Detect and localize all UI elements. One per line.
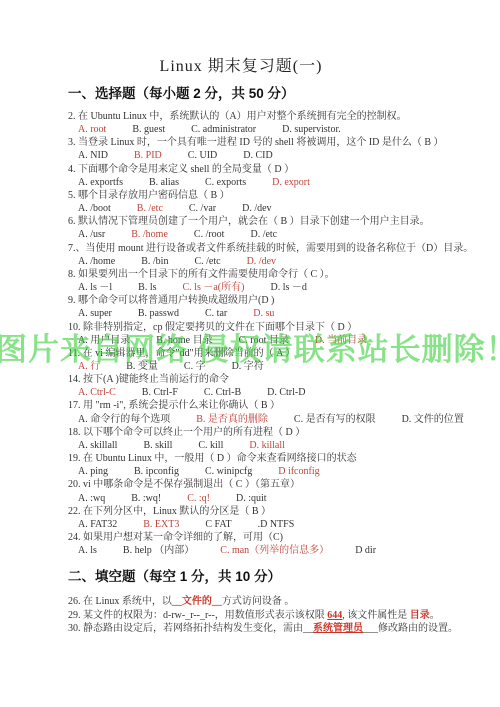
option: C. 字 [184, 360, 206, 373]
fill-item: 29. 某文件的权限为：d-rw-_r--_r--，用数值形式表示该权限 644… [68, 609, 482, 622]
option: B. ipconfig [134, 465, 179, 478]
option: C. Ctrl-B [204, 386, 241, 399]
choice-question-list: 2. 在 Ubuntu Linux 中，系统默认的（A）用户对整个系统拥有完全的… [68, 110, 482, 557]
option: B. alias [149, 176, 179, 189]
fill-text: __ [303, 623, 313, 634]
option: B. passwd [138, 307, 179, 320]
question-stem: 9. 哪个命令可以将普通用户转换成超级用户(D ) [68, 294, 482, 307]
option-row: A. 行B. 变量C. 字D. 字符 [68, 360, 482, 373]
option: A. super [78, 307, 112, 320]
option: A. ping [78, 465, 108, 478]
option-row: A. rootB. guestC. administratorD. superv… [68, 123, 482, 136]
option-row: A. /bootB. /etcC. /varD. /dev [68, 202, 482, 215]
section2-heading: 二、填空题（每空 1 分，共 10 分） [68, 567, 482, 586]
fill-text: 29. 某文件的权限为：d-rw-_r--_r--，用数值形式表示该权限 [68, 610, 327, 621]
option: C. /var [189, 202, 216, 215]
option-row: A. FAT32B. EXT3C FAT.D NTFS [68, 518, 482, 531]
option: C. UID [188, 149, 217, 162]
question-stem: 8. 如果要列出一个目录下的所有文件需要使用命令行（ C ）。 [68, 268, 482, 281]
option-row: A. superB. passwdC. tarD. su [68, 307, 482, 320]
option-row: A. :wqB. :wq!C. :q!D. :quit [68, 492, 482, 505]
option: B. Ctrl-F [142, 386, 178, 399]
document-page: Linux 期末复习题(一) 一、选择题（每小题 2 分，共 50 分） 2. … [0, 0, 500, 707]
option: C. /etc [194, 255, 220, 268]
option-row: A. /usrB. /homeC. /rootD. /etc [68, 228, 482, 241]
option: A. NID [78, 149, 108, 162]
option: D. Ctrl-D [267, 386, 305, 399]
option: B. EXT3 [143, 518, 179, 531]
page-title: Linux 期末复习题(一) [34, 56, 448, 78]
option: D. 文件的位置 [402, 413, 464, 426]
option: C. /root [194, 228, 225, 241]
option-row: A. /homeB. /binC. /etcD. /dev [68, 255, 482, 268]
option: B. PID [134, 149, 162, 162]
question-stem: 19. 在 Ubuntu Linux 中，一般用（ D ）命令来查看网络接口的状… [68, 452, 482, 465]
fill-question-list: 26. 在 Linux 系统中，以__文件的__方式访问设备 。29. 某文件的… [68, 595, 482, 635]
option: C. administrator [191, 123, 256, 136]
fill-answer: 644 [327, 610, 342, 621]
option: D. CID [243, 149, 272, 162]
option: A. ls －l [78, 281, 112, 294]
question-stem: 22. 在下列分区中，Linux 默认的分区是（ B ） [68, 505, 482, 518]
option: A. /usr [78, 228, 105, 241]
option: B. /bin [141, 255, 168, 268]
fill-text: 修改路由的设置。 [378, 623, 458, 634]
fill-text: 30. 静态路由设定后，若网络拓扑结构发生变化，需由 [68, 623, 303, 634]
option-row: A. lsB. help （内部）C. man（列举的信息多）D dir [68, 544, 482, 557]
option: B. 变量 [126, 360, 158, 373]
option: B. /home [131, 228, 168, 241]
option: A. ls [78, 544, 97, 557]
option-row: A. 命令行的每个选项B. 是否真的删除C. 是否有写的权限D. 文件的位置 [68, 413, 482, 426]
question-stem: 3. 当登录 Linux 时，一个具有唯一进程 ID 号的 shell 将被调用… [68, 136, 482, 149]
option: D. /etc [250, 228, 277, 241]
question-stem: 18. 以下哪个命令可以终止一个用户的所有进程（ D ） [68, 426, 482, 439]
option: A. FAT32 [78, 518, 117, 531]
option: B. ls [138, 281, 156, 294]
option: D dir [355, 544, 376, 557]
option: C. kill [198, 439, 223, 452]
option: C. winipcfg [205, 465, 252, 478]
section1-heading: 一、选择题（每小题 2 分，共 50 分） [68, 84, 482, 103]
option: D. :quit [236, 492, 267, 505]
option: C. tar [205, 307, 227, 320]
fill-text: 方式访问设备 。 [222, 596, 295, 607]
option: C. root 目录 [239, 334, 289, 347]
fill-text: ___ [363, 623, 378, 634]
option: A. root [78, 123, 106, 136]
document-content: Linux 期末复习题(一) 一、选择题（每小题 2 分，共 50 分） 2. … [68, 56, 482, 635]
fill-item: 26. 在 Linux 系统中，以__文件的__方式访问设备 。 [68, 595, 482, 608]
option: A. exportfs [78, 176, 123, 189]
option: A. Ctrl-C [78, 386, 116, 399]
option: B. help （内部） [123, 544, 194, 557]
option: D. su [253, 307, 274, 320]
question-stem: 10. 除非特别指定，cp 假定要拷贝的文件在下面哪个目录下（ D ） [68, 321, 482, 334]
option: D. supervistor. [282, 123, 341, 136]
question-stem: 24. 如果用户想对某一命令详细的了解，可用（C) [68, 531, 482, 544]
option: D. 字符 [232, 360, 264, 373]
option: C. exports [205, 176, 246, 189]
fill-text: 。 [430, 610, 440, 621]
question-stem: 17. 用 "rm -i", 系统会提示什么来让你确认（ B ） [68, 399, 482, 412]
fill-answer: 目录 [410, 610, 430, 621]
option: D. /dev [247, 255, 276, 268]
question-stem: 20. vi 中哪条命令是不保存强制退出（ C ）（第五章） [68, 478, 482, 491]
option-row: A. Ctrl-CB. Ctrl-FC. Ctrl-BD. Ctrl-D [68, 386, 482, 399]
option-row: A. NIDB. PIDC. UIDD. CID [68, 149, 482, 162]
option: A. 命令行的每个选项 [78, 413, 170, 426]
fill-item: 30. 静态路由设定后，若网络拓扑结构发生变化，需由__系统管理员___修改路由… [68, 622, 482, 635]
option: C FAT [205, 518, 231, 531]
question-stem: 6. 默认情况下管理员创建了一个用户，就会在（ B ）目录下创建一个用户主目录。 [68, 215, 482, 228]
option: A. /home [78, 255, 115, 268]
option: A. 用户目录 [78, 334, 130, 347]
option: B. skill [143, 439, 172, 452]
option-row: A. 用户目录B. home 目录C. root 目录D. 当前目录 [68, 334, 482, 347]
option: B. :wq! [131, 492, 161, 505]
fill-text: , 该文件属性是 [342, 610, 410, 621]
option: A. :wq [78, 492, 105, 505]
question-stem: 11. 在 vi 编辑器里，命令"dd"用来删除当前的（ A ） [68, 347, 482, 360]
option: C. man（列举的信息多） [220, 544, 329, 557]
question-stem: 2. 在 Ubuntu Linux 中，系统默认的（A）用户对整个系统拥有完全的… [68, 110, 482, 123]
option-row: A. skillallB. skillC. killD. killall [68, 439, 482, 452]
option: C. ls －a(所有) [183, 281, 245, 294]
option: C. 是否有写的权限 [294, 413, 376, 426]
question-stem: 7.、当使用 mount 进行设备或者文件系统挂载的时候，需要用到的设备名称位于… [68, 242, 482, 255]
question-stem: 4. 下面哪个命令是用来定义 shell 的全局变量（ D ） [68, 163, 482, 176]
option: B. guest [132, 123, 165, 136]
option: D. export [272, 176, 310, 189]
fill-text: 26. 在 Linux 系统中，以 [68, 596, 172, 607]
option-row: A. ls －lB. lsC. ls －a(所有)D. ls －d [68, 281, 482, 294]
option: B. /etc [137, 202, 163, 215]
question-stem: 5. 哪个目录存放用户密码信息（ B ） [68, 189, 482, 202]
fill-answer: 系统管理员 [313, 623, 363, 634]
fill-answer: __文件的__ [172, 596, 222, 607]
option: D. ls －d [270, 281, 306, 294]
option: D. /dev [242, 202, 271, 215]
option-row: A. pingB. ipconfigC. winipcfgD ifconfig [68, 465, 482, 478]
option: .D NTFS [258, 518, 295, 531]
option: D ifconfig [278, 465, 319, 478]
option: A. 行 [78, 360, 100, 373]
option: C. :q! [187, 492, 210, 505]
option: D. 当前目录 [315, 334, 367, 347]
question-stem: 14. 按下(A )键能终止当前运行的命令 [68, 373, 482, 386]
option-row: A. exportfsB. aliasC. exportsD. export [68, 176, 482, 189]
option: B. 是否真的删除 [196, 413, 268, 426]
option: A. skillall [78, 439, 117, 452]
option: D. killall [249, 439, 285, 452]
option: B. home 目录 [156, 334, 212, 347]
option: A. /boot [78, 202, 111, 215]
